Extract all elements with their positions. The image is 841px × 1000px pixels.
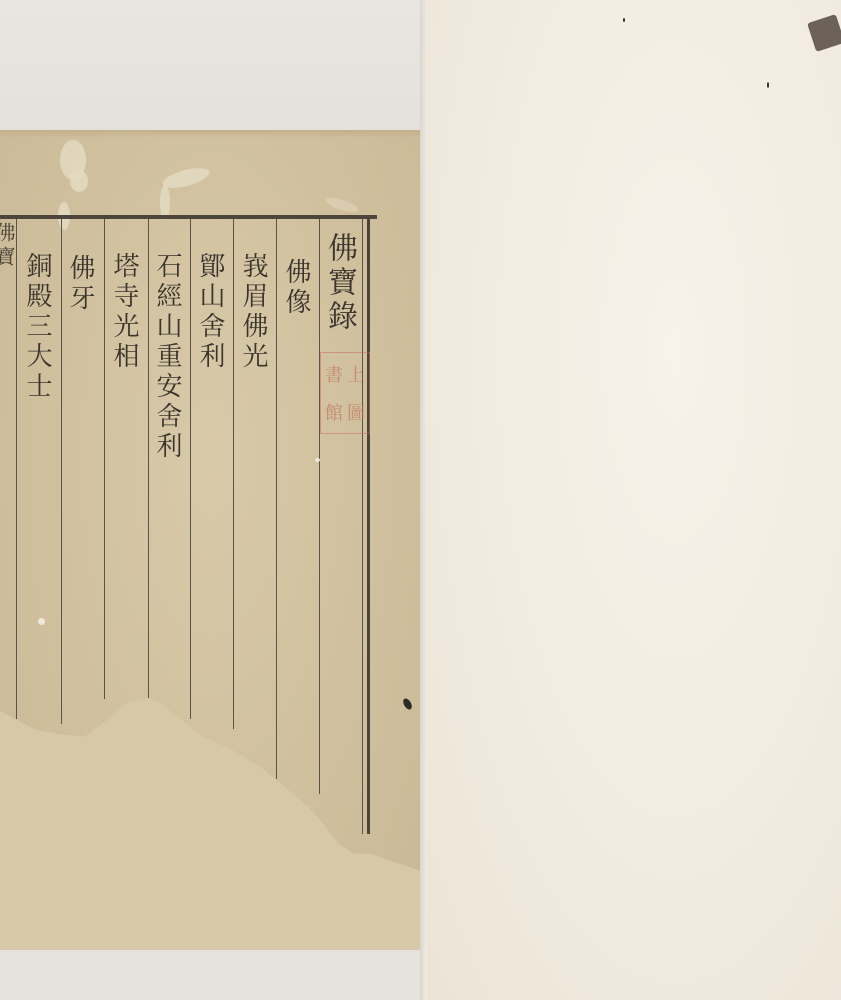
page-top-edge: [0, 130, 422, 138]
column-rule: [104, 219, 105, 699]
seal-char: 上: [345, 361, 367, 387]
wormhole-stain: [161, 164, 212, 192]
paper-spot: [38, 618, 45, 625]
column-rule: [148, 219, 149, 699]
column-rule: [61, 219, 62, 724]
column-rule: [276, 219, 277, 779]
wormhole-stain: [324, 195, 359, 215]
column-rule: [319, 219, 320, 794]
toc-entry: 鄮山舍利: [197, 252, 223, 372]
ink-speck: [767, 82, 769, 88]
seal-char: 館: [323, 399, 345, 425]
page-title: 佛寶錄: [324, 232, 354, 334]
seal-char: 圖: [345, 399, 367, 425]
corner-blot: [807, 14, 841, 52]
column-rule: [233, 219, 234, 729]
seal-char: 書: [323, 361, 345, 387]
library-seal-stamp: 書 上 館 圖: [320, 352, 370, 434]
wormhole-stain: [70, 170, 88, 192]
frame-top-border: [0, 215, 377, 219]
scan-background-bottom: [0, 950, 425, 1000]
toc-entry-heading: 佛牙: [67, 254, 93, 314]
toc-entry: 石經山重安舍利: [154, 252, 180, 462]
toc-entry: 峩眉佛光: [240, 252, 266, 372]
toc-entry: 塔寺光相: [111, 252, 137, 372]
scan-background-top: [0, 0, 425, 135]
frame-inner-border: [362, 219, 363, 834]
right-page-blank: [427, 0, 841, 1000]
column-rule: [190, 219, 191, 719]
adjacent-page-fragment: 佛寶: [0, 222, 14, 270]
toc-entry: 銅殿三大士: [24, 252, 50, 402]
column-rule: [16, 219, 17, 719]
paper-spot: [315, 458, 320, 462]
frame-outer-border: [367, 219, 370, 834]
ink-speck: [623, 18, 625, 22]
toc-entry-heading: 佛像: [283, 258, 309, 318]
